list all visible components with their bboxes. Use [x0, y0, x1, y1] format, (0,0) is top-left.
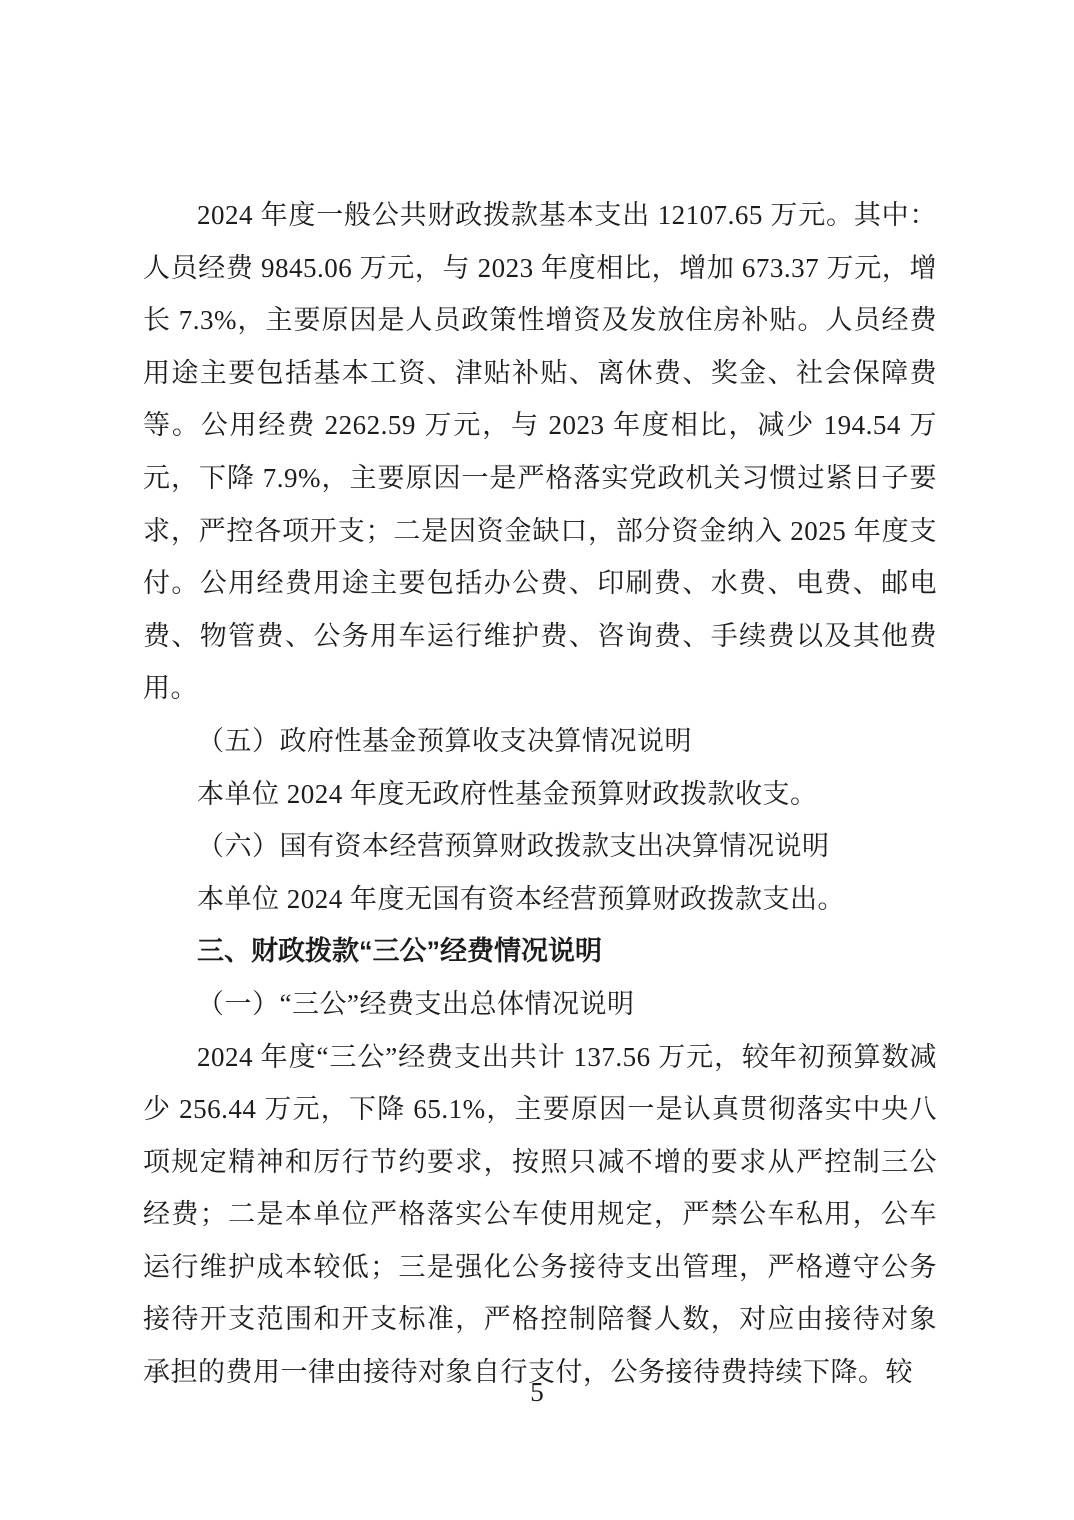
section-heading: 三、财政拨款“三公”经费情况说明 — [143, 925, 937, 978]
body-paragraph: 本单位 2024 年度无政府性基金预算财政拨款收支。 — [143, 768, 937, 821]
document-page: 2024 年度一般公共财政拨款基本支出 12107.65 万元。其中：人员经费 … — [0, 0, 1074, 1520]
body-paragraph: 本单位 2024 年度无国有资本经营预算财政拨款支出。 — [143, 873, 937, 926]
sub-heading: （五）政府性基金预算收支决算情况说明 — [143, 715, 937, 768]
document-body: 2024 年度一般公共财政拨款基本支出 12107.65 万元。其中：人员经费 … — [143, 189, 937, 1399]
page-number: 5 — [530, 1377, 544, 1407]
body-paragraph: 2024 年度一般公共财政拨款基本支出 12107.65 万元。其中：人员经费 … — [143, 189, 937, 715]
body-paragraph: 2024 年度“三公”经费支出共计 137.56 万元，较年初预算数减少 256… — [143, 1031, 937, 1399]
sub-heading: （六）国有资本经营预算财政拨款支出决算情况说明 — [143, 820, 937, 873]
sub-heading: （一）“三公”经费支出总体情况说明 — [143, 978, 937, 1031]
page-footer: 5 — [0, 1366, 1074, 1419]
